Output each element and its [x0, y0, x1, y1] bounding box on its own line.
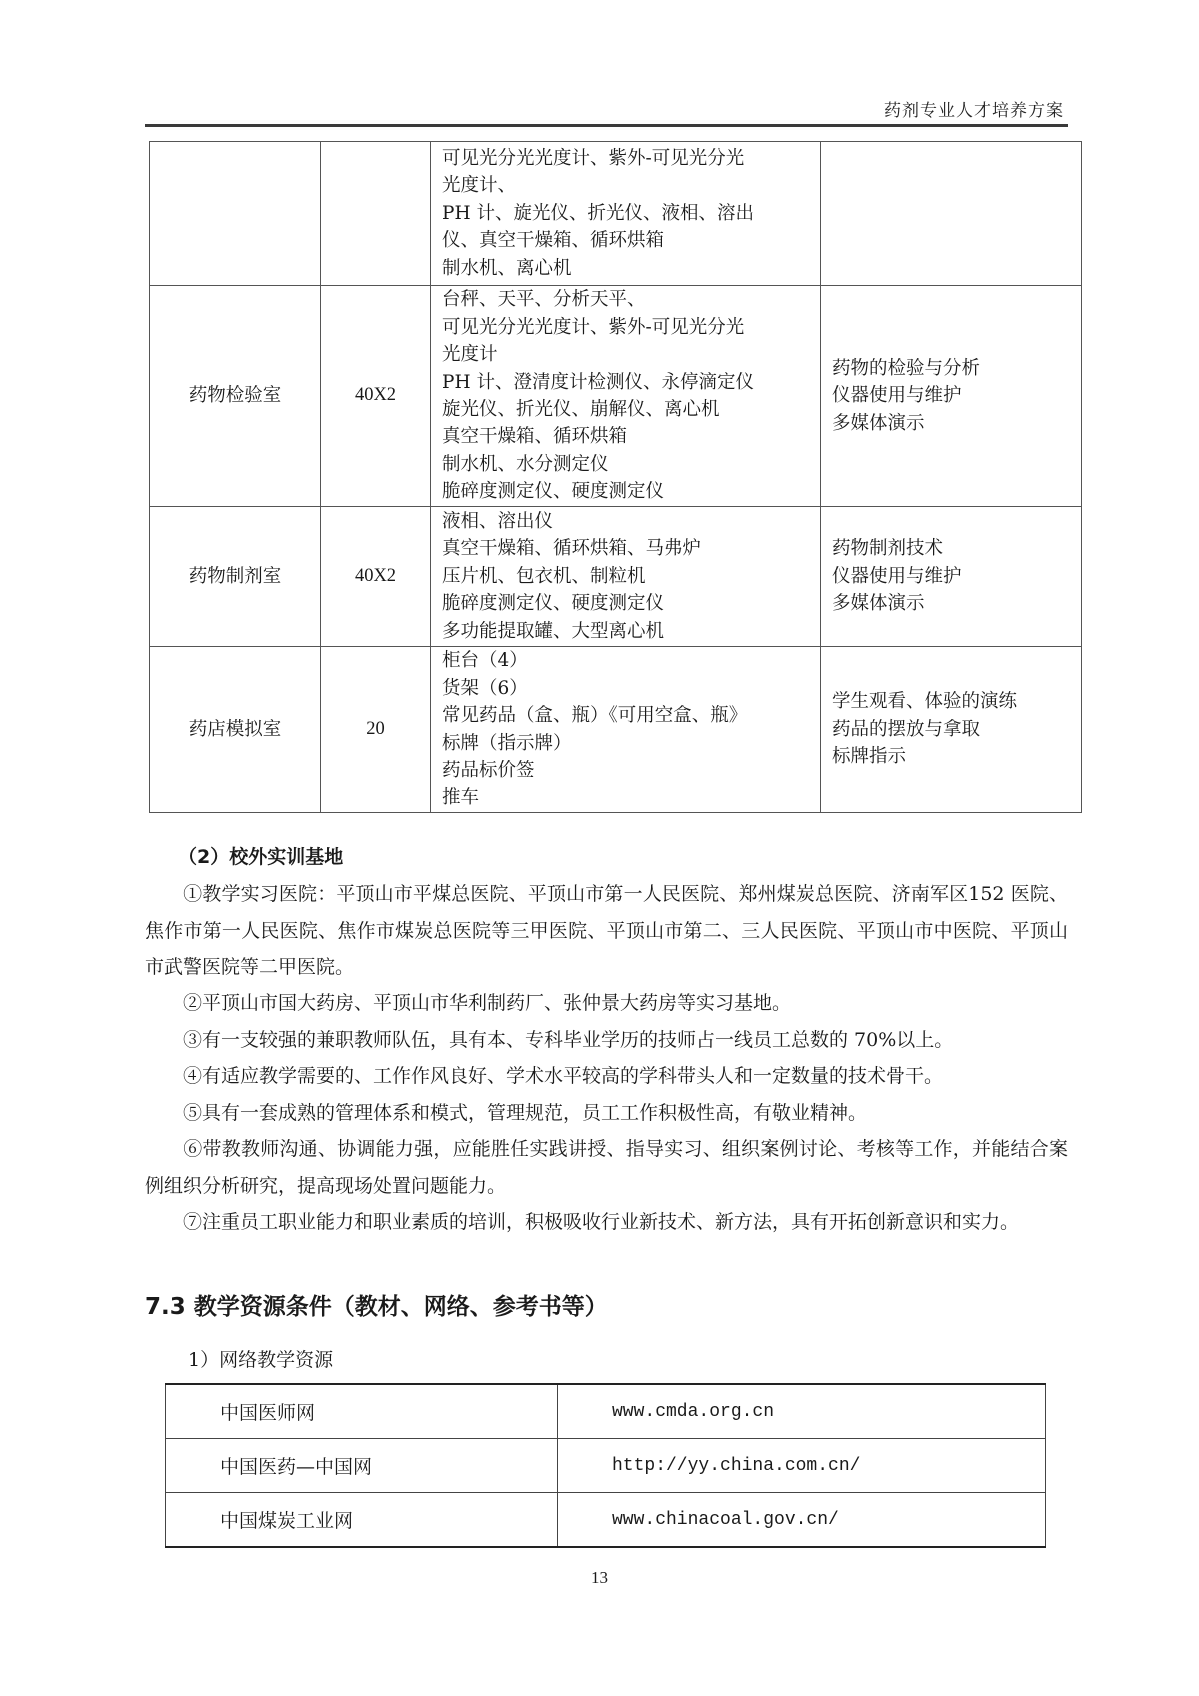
- site-name-cell: 中国医师网: [166, 1384, 558, 1439]
- paragraph-management-system: ⑤具有一套成熟的管理体系和模式，管理规范，员工工作积极性高，有敬业精神。: [145, 1095, 1068, 1132]
- equipment-item: 多功能提取罐、大型离心机: [442, 618, 820, 645]
- equipment-item: 光度计、: [442, 172, 820, 199]
- purpose-cell: 药物的检验与分析 仪器使用与维护 多媒体演示: [821, 286, 1082, 507]
- equipment-item: 标牌（指示牌）: [442, 730, 820, 757]
- paragraph-internship-bases: ②平顶山市国大药房、平顶山市华利制药厂、张仲景大药房等实习基地。: [145, 985, 1068, 1022]
- capacity-cell: 20: [321, 647, 431, 813]
- equipment-item: 真空干燥箱、循环烘箱: [442, 423, 820, 450]
- offsite-training-heading: （2）校外实训基地: [178, 842, 343, 869]
- equipment-item: 可见光分光光度计、紫外-可见光分光: [442, 314, 820, 341]
- site-url-link[interactable]: http://yy.china.com.cn/: [558, 1439, 1046, 1493]
- online-resources-label: 1）网络教学资源: [188, 1345, 333, 1372]
- table-row: 药物制剂室 40X2 液相、溶出仪 真空干燥箱、循环烘箱、马弗炉 压片机、包衣机…: [150, 507, 1082, 647]
- table-row: 中国医药—中国网 http://yy.china.com.cn/: [166, 1439, 1046, 1493]
- table-row: 中国煤炭工业网 www.chinacoal.gov.cn/: [166, 1493, 1046, 1548]
- section-7-3-title: 7.3 教学资源条件（教材、网络、参考书等）: [145, 1288, 608, 1321]
- paragraph-discipline-leaders: ④有适应教学需要的、工作作风良好、学术水平较高的学科带头人和一定数量的技术骨干。: [145, 1058, 1068, 1095]
- table-row: 中国医师网 www.cmda.org.cn: [166, 1384, 1046, 1439]
- site-name-cell: 中国医药—中国网: [166, 1439, 558, 1493]
- equipment-item: PH 计、旋光仪、折光仪、液相、溶出: [442, 200, 820, 227]
- equipment-item: 制水机、离心机: [442, 255, 820, 282]
- online-resources-table: 中国医师网 www.cmda.org.cn 中国医药—中国网 http://yy…: [165, 1383, 1046, 1548]
- room-name-cell: 药店模拟室: [150, 647, 321, 813]
- equipment-item: 柜台（4）: [442, 647, 820, 674]
- paragraph-staff-training: ⑦注重员工职业能力和职业素质的培训，积极吸收行业新技术、新方法，具有开拓创新意识…: [145, 1204, 1068, 1241]
- room-name-cell: [150, 142, 321, 286]
- purpose-item: 学生观看、体验的演练: [832, 688, 1081, 715]
- purpose-item: 标牌指示: [832, 743, 1081, 770]
- paragraph-teacher-abilities: ⑥带教教师沟通、协调能力强，应能胜任实践讲授、指导实习、组织案例讨论、考核等工作…: [145, 1131, 1068, 1204]
- equipment-item: 货架（6）: [442, 675, 820, 702]
- capacity-cell: 40X2: [321, 507, 431, 647]
- equipment-list-cell: 可见光分光光度计、紫外-可见光分光 光度计、 PH 计、旋光仪、折光仪、液相、溶…: [431, 142, 821, 286]
- equipment-item: 药品标价签: [442, 757, 820, 784]
- paragraph-teaching-hospitals: ①教学实习医院：平顶山市平煤总医院、平顶山市第一人民医院、郑州煤炭总医院、济南军…: [145, 876, 1068, 986]
- equipment-item: 旋光仪、折光仪、崩解仪、离心机: [442, 396, 820, 423]
- header-divider: [145, 124, 1068, 127]
- equipment-item: 仪、真空干燥箱、循环烘箱: [442, 227, 820, 254]
- page-number: 13: [0, 1568, 1199, 1588]
- equipment-item: 脆碎度测定仪、硬度测定仪: [442, 478, 820, 505]
- equipment-item: 可见光分光光度计、紫外-可见光分光: [442, 145, 820, 172]
- training-equipment-table: 可见光分光光度计、紫外-可见光分光 光度计、 PH 计、旋光仪、折光仪、液相、溶…: [149, 141, 1082, 813]
- equipment-item: PH 计、澄清度计检测仪、永停滴定仪: [442, 369, 820, 396]
- capacity-cell: 40X2: [321, 286, 431, 507]
- purpose-cell: 药物制剂技术 仪器使用与维护 多媒体演示: [821, 507, 1082, 647]
- site-url-link[interactable]: www.chinacoal.gov.cn/: [558, 1493, 1046, 1548]
- equipment-item: 台秤、天平、分析天平、: [442, 286, 820, 313]
- equipment-item: 压片机、包衣机、制粒机: [442, 563, 820, 590]
- purpose-item: 药品的摆放与拿取: [832, 716, 1081, 743]
- site-url-link[interactable]: www.cmda.org.cn: [558, 1384, 1046, 1439]
- table-row: 药物检验室 40X2 台秤、天平、分析天平、 可见光分光光度计、紫外-可见光分光…: [150, 286, 1082, 507]
- purpose-item: 仪器使用与维护: [832, 563, 1081, 590]
- equipment-item: 真空干燥箱、循环烘箱、马弗炉: [442, 535, 820, 562]
- capacity-cell: [321, 142, 431, 286]
- equipment-item: 常见药品（盒、瓶）《可用空盒、瓶》: [442, 702, 820, 729]
- purpose-item: 仪器使用与维护: [832, 382, 1081, 409]
- equipment-list-cell: 柜台（4） 货架（6） 常见药品（盒、瓶）《可用空盒、瓶》 标牌（指示牌） 药品…: [431, 647, 821, 813]
- table-row: 药店模拟室 20 柜台（4） 货架（6） 常见药品（盒、瓶）《可用空盒、瓶》 标…: [150, 647, 1082, 813]
- purpose-cell: [821, 142, 1082, 286]
- document-header-title: 药剂专业人才培养方案: [884, 96, 1064, 121]
- equipment-item: 光度计: [442, 341, 820, 368]
- equipment-item: 液相、溶出仪: [442, 508, 820, 535]
- equipment-list-cell: 液相、溶出仪 真空干燥箱、循环烘箱、马弗炉 压片机、包衣机、制粒机 脆碎度测定仪…: [431, 507, 821, 647]
- equipment-item: 推车: [442, 784, 820, 811]
- equipment-item: 制水机、水分测定仪: [442, 451, 820, 478]
- table-row: 可见光分光光度计、紫外-可见光分光 光度计、 PH 计、旋光仪、折光仪、液相、溶…: [150, 142, 1082, 286]
- equipment-item: 脆碎度测定仪、硬度测定仪: [442, 590, 820, 617]
- room-name-cell: 药物制剂室: [150, 507, 321, 647]
- purpose-item: 多媒体演示: [832, 410, 1081, 437]
- room-name-cell: 药物检验室: [150, 286, 321, 507]
- equipment-list-cell: 台秤、天平、分析天平、 可见光分光光度计、紫外-可见光分光 光度计 PH 计、澄…: [431, 286, 821, 507]
- purpose-item: 多媒体演示: [832, 590, 1081, 617]
- purpose-item: 药物的检验与分析: [832, 355, 1081, 382]
- purpose-cell: 学生观看、体验的演练 药品的摆放与拿取 标牌指示: [821, 647, 1082, 813]
- site-name-cell: 中国煤炭工业网: [166, 1493, 558, 1548]
- paragraph-part-time-teachers: ③有一支较强的兼职教师队伍，具有本、专科毕业学历的技师占一线员工总数的 70%以…: [145, 1022, 1068, 1059]
- purpose-item: 药物制剂技术: [832, 535, 1081, 562]
